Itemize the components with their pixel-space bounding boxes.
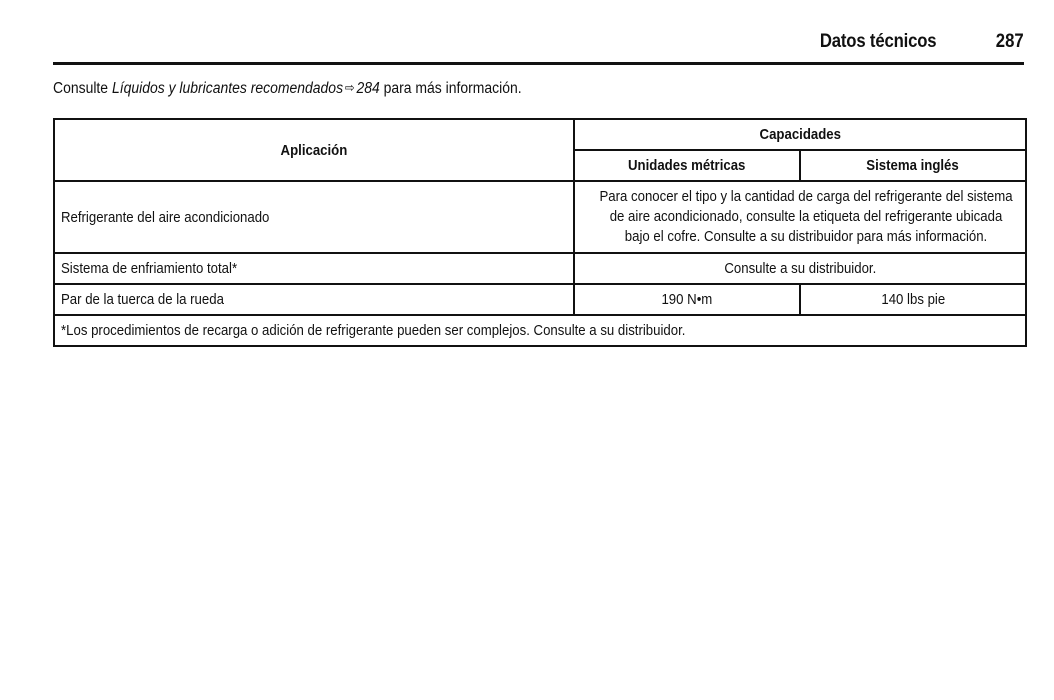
note-line: Para conocer el tipo y la cantidad de ca… <box>582 187 1031 207</box>
table-row: Sistema de enfriamiento total* Consulte … <box>54 253 1026 284</box>
header-capacities-label: Capacidades <box>759 126 840 143</box>
row-application: Par de la tuerca de la rueda <box>54 284 574 315</box>
header-metric-label: Unidades métricas <box>628 157 745 174</box>
row-english-value: 140 lbs pie <box>800 284 1026 315</box>
intro-suffix: para más información. <box>384 80 522 97</box>
header-capacities: Capacidades <box>574 119 1026 150</box>
row-application: Sistema de enfriamiento total* <box>54 253 574 284</box>
header-application-label: Aplicación <box>281 142 348 159</box>
row-value: Consulte a su distribuidor. <box>724 260 876 277</box>
ac-refrigerant-note: Para conocer el tipo y la cantidad de ca… <box>582 187 1031 247</box>
metric-value: 190 N•m <box>662 291 713 308</box>
row-application: Refrigerante del aire acondicionado <box>54 181 574 253</box>
arrow-right-icon: ⇨ <box>345 80 355 96</box>
row-merged-value: Consulte a su distribuidor. <box>574 253 1026 284</box>
table-footnote: *Los procedimientos de recarga o adición… <box>54 315 1026 346</box>
note-line: de aire acondicionado, consulte la etiqu… <box>582 207 1031 227</box>
row-application-label: Sistema de enfriamiento total* <box>61 260 237 277</box>
table-row: Par de la tuerca de la rueda 190 N•m 140… <box>54 284 1026 315</box>
table-header-row: Aplicación Capacidades <box>54 119 1026 150</box>
header-application: Aplicación <box>54 119 574 181</box>
table-row: Refrigerante del aire acondicionado Para… <box>54 181 1026 253</box>
capacities-table: Aplicación Capacidades Unidades métricas… <box>53 118 1027 347</box>
section-title: Datos técnicos <box>820 31 936 53</box>
note-line: bajo el cofre. Consulte a su distribuido… <box>582 227 1031 247</box>
table-footnote-row: *Los procedimientos de recarga o adición… <box>54 315 1026 346</box>
row-metric-value: 190 N•m <box>574 284 800 315</box>
intro-sentence: Consulte Líquidos y lubricantes recomend… <box>53 80 522 98</box>
header-english-label: Sistema inglés <box>867 157 959 174</box>
header-metric: Unidades métricas <box>574 150 800 181</box>
page-header: Datos técnicos 287 <box>53 30 1024 65</box>
page-reference[interactable]: 284 <box>356 80 379 97</box>
page-number: 287 <box>996 31 1024 53</box>
row-merged-value: Para conocer el tipo y la cantidad de ca… <box>574 181 1026 253</box>
cross-reference-link[interactable]: Líquidos y lubricantes recomendados <box>112 80 343 97</box>
intro-prefix: Consulte <box>53 80 108 97</box>
header-english: Sistema inglés <box>800 150 1026 181</box>
row-application-label: Refrigerante del aire acondicionado <box>61 209 269 226</box>
footnote-text: *Los procedimientos de recarga o adición… <box>61 322 685 339</box>
english-value: 140 lbs pie <box>881 291 945 308</box>
row-application-label: Par de la tuerca de la rueda <box>61 291 224 308</box>
